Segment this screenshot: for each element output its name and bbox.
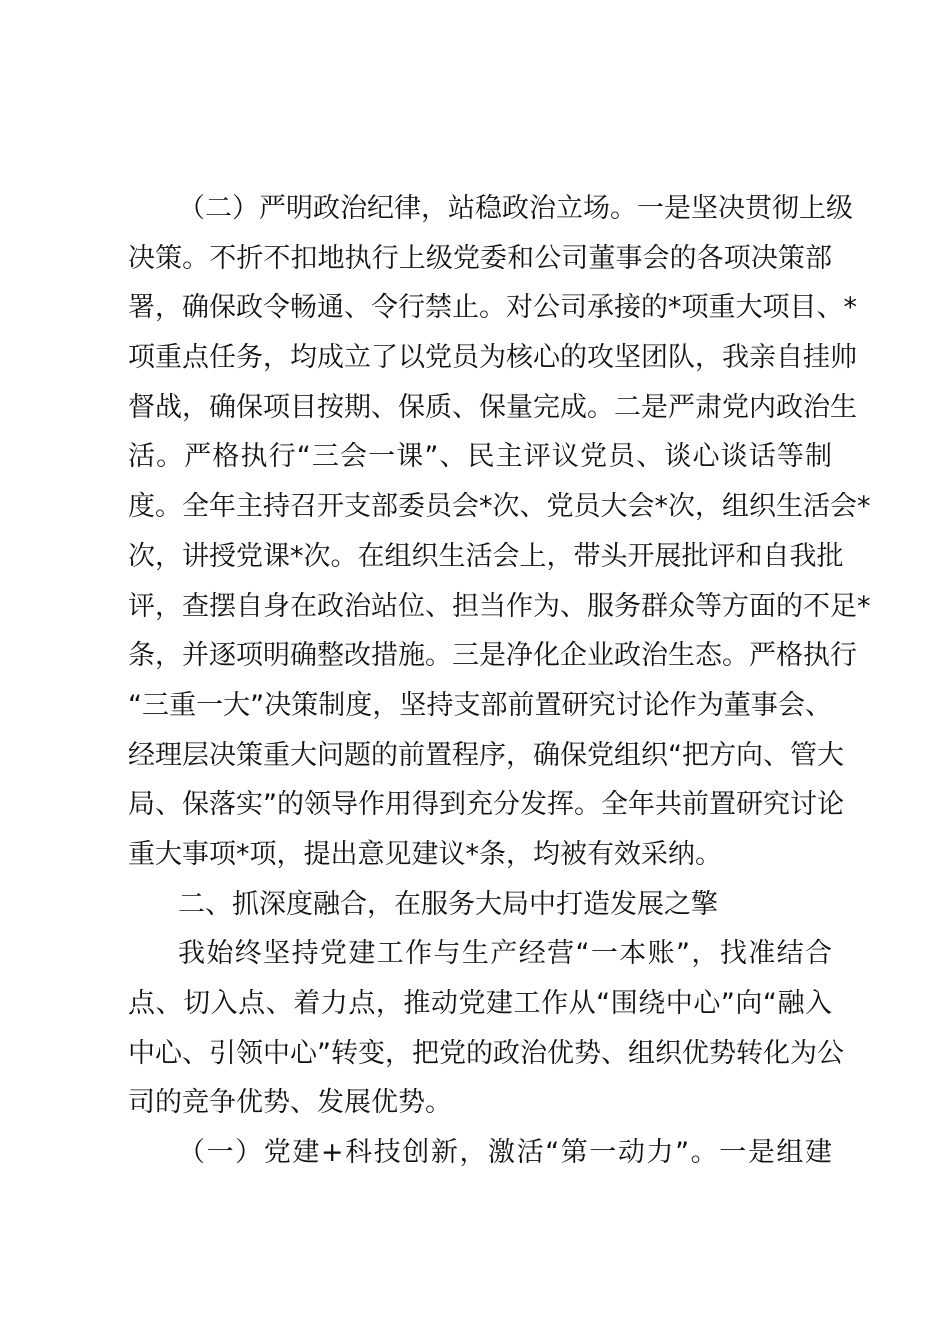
text-line: “三重一大”决策制度，坚持支部前置研究讨论作为董事会、 (128, 681, 832, 731)
text-line: 署，确保政令畅通、令行禁止。对公司承接的*项重大项目、* (128, 283, 832, 333)
text-line: （一）党建+科技创新，激活“第一动力”。一是组建 (128, 1128, 832, 1178)
text-line: 项重点任务，均成立了以党员为核心的攻坚团队，我亲自挂帅 (128, 333, 832, 383)
section-heading-text: 二、抓深度融合，在服务大局中打造发展之擎 (128, 880, 832, 930)
section-heading: 二、抓深度融合，在服务大局中打造发展之擎 (128, 880, 832, 930)
text-line: 局、保落实”的领导作用得到充分发挥。全年共前置研究讨论 (128, 780, 832, 830)
text-line: 司的竞争优势、发展优势。 (128, 1078, 832, 1128)
text-line: （二）严明政治纪律，站稳政治立场。一是坚决贯彻上级 (128, 184, 832, 234)
paragraph-political-discipline: （二）严明政治纪律，站稳政治立场。一是坚决贯彻上级 决策。不折不扣地执行上级党委… (128, 184, 832, 880)
paragraph-integration-intro: 我始终坚持党建工作与生产经营“一本账”，找准结合 点、切入点、着力点，推动党建工… (128, 929, 832, 1128)
text-line: 条，并逐项明确整改措施。三是净化企业政治生态。严格执行 (128, 631, 832, 681)
document-body: （二）严明政治纪律，站稳政治立场。一是坚决贯彻上级 决策。不折不扣地执行上级党委… (128, 184, 832, 1178)
text-line: 重大事项*项，提出意见建议*条，均被有效采纳。 (128, 830, 832, 880)
text-line: 中心、引领中心”转变，把党的政治优势、组织优势转化为公 (128, 1029, 832, 1079)
text-line: 次，讲授党课*次。在组织生活会上，带头开展批评和自我批 (128, 532, 832, 582)
text-line: 点、切入点、着力点，推动党建工作从“围绕中心”向“融入 (128, 979, 832, 1029)
text-line: 我始终坚持党建工作与生产经营“一本账”，找准结合 (128, 929, 832, 979)
text-line: 经理层决策重大问题的前置程序，确保党组织“把方向、管大 (128, 731, 832, 781)
text-line: 决策。不折不扣地执行上级党委和公司董事会的各项决策部 (128, 234, 832, 284)
paragraph-tech-innovation: （一）党建+科技创新，激活“第一动力”。一是组建 (128, 1128, 832, 1178)
text-line: 督战，确保项目按期、保质、保量完成。二是严肃党内政治生 (128, 383, 832, 433)
text-line: 活。严格执行“三会一课”、民主评议党员、谈心谈话等制 (128, 432, 832, 482)
text-line: 度。全年主持召开支部委员会*次、党员大会*次，组织生活会* (128, 482, 832, 532)
text-line: 评，查摆自身在政治站位、担当作为、服务群众等方面的不足* (128, 582, 832, 632)
document-page: （二）严明政治纪律，站稳政治立场。一是坚决贯彻上级 决策。不折不扣地执行上级党委… (0, 0, 950, 1344)
